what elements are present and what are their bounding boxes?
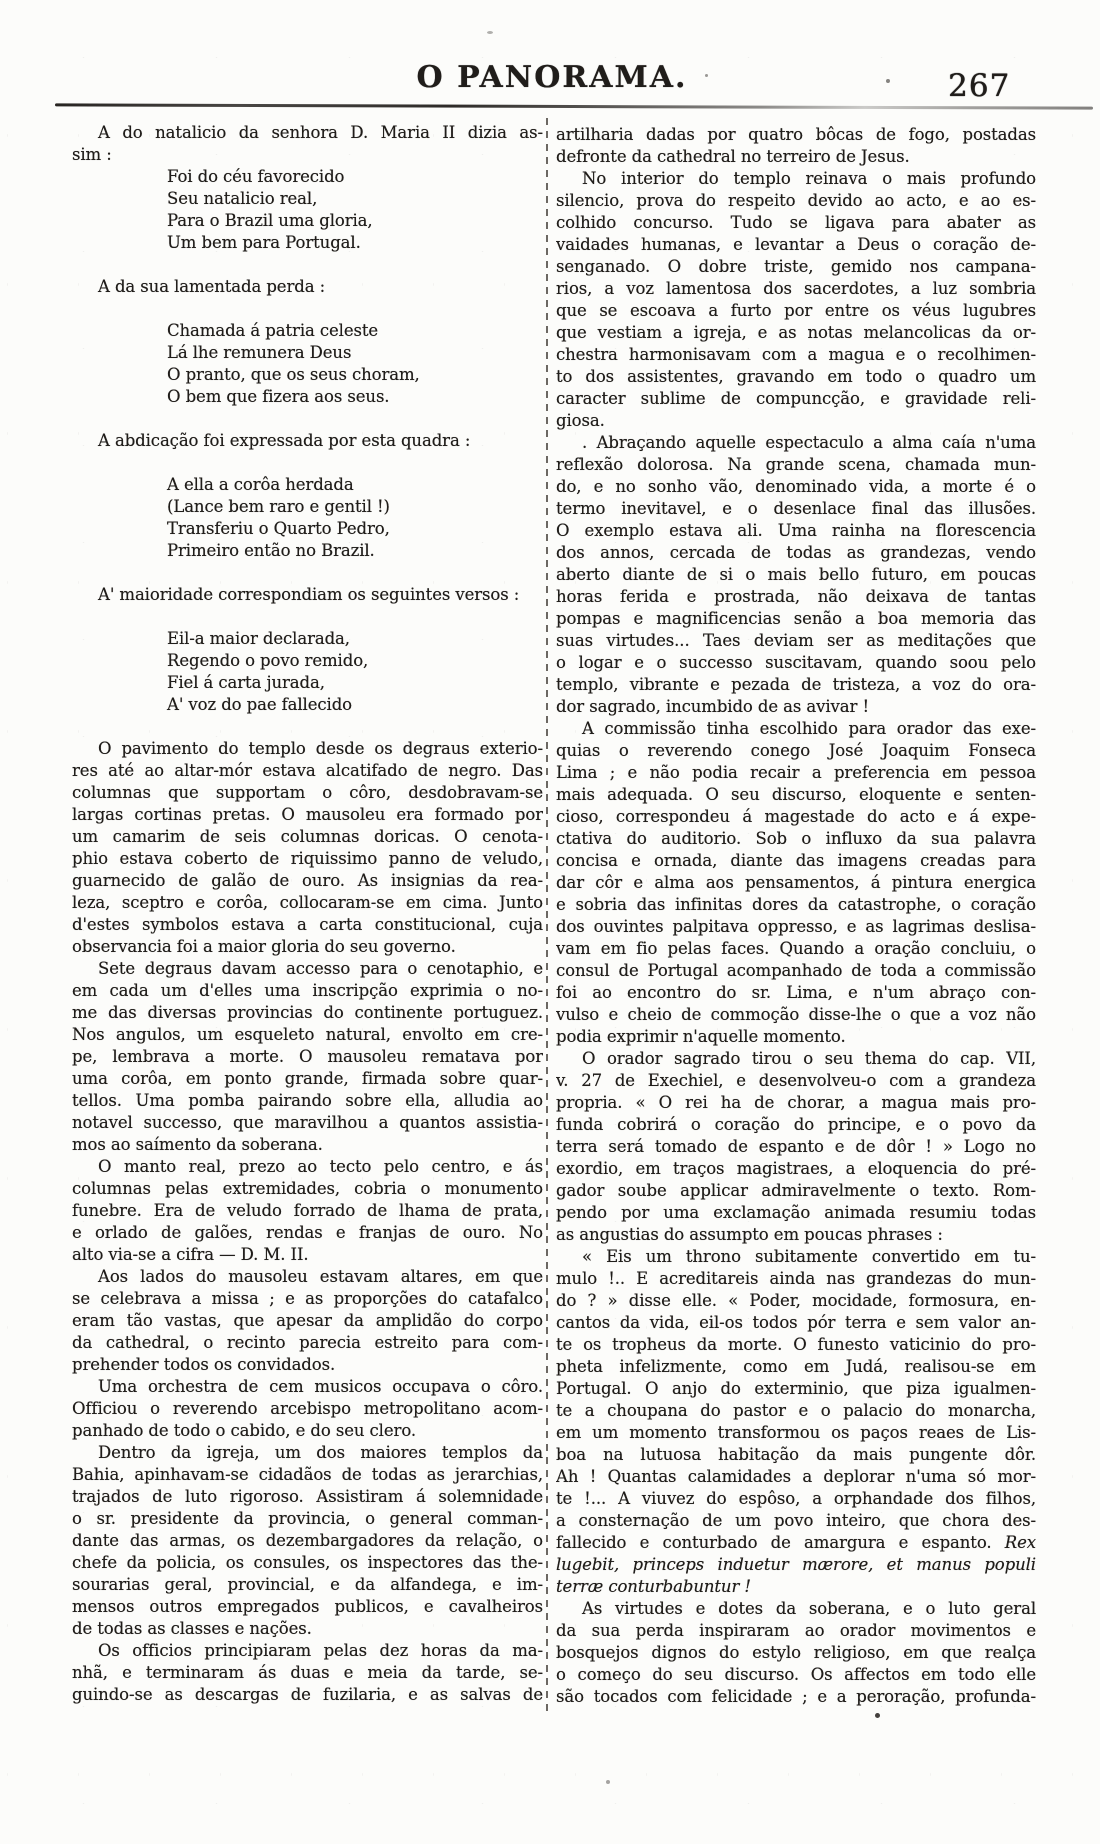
text-line: O pranto, que os seus choram, [72,364,543,386]
text-line: Officiou o reverendo arcebispo metropoli… [72,1398,543,1420]
ink-speck [886,79,890,83]
text-line: mulo !.. E acreditareis ainda nas grande… [556,1268,1036,1290]
verse-stanza: Chamada á patria celesteLá lhe remunera … [72,320,543,408]
text-line: e sobria das infinitas dores da catastro… [556,894,1036,916]
text-line: tellos. Uma pomba pairando sobre ella, a… [72,1090,543,1112]
paragraph: Os officios principiaram pelas dez horas… [72,1640,543,1706]
text-line: No interior do templo reinava o mais pro… [556,168,1036,190]
text-line: giosa. [556,410,1036,432]
page-number: 267 [948,68,1010,104]
paragraph: A abdicação foi expressada por esta quad… [72,430,543,452]
text-line: fallecido e conturbado de amargura e esp… [556,1532,1036,1554]
text-line: A da sua lamentada perda : [72,276,543,298]
header-rule [55,103,1093,112]
text-line: A ella a corôa herdada [72,474,543,496]
text-line: trajados de luto rigoroso. Assistiram á … [72,1486,543,1508]
text-line: mensos outros empregados publicos, e cav… [72,1596,543,1618]
latin-italic-text: terræ conturbabuntur ! [556,1577,751,1596]
text-line: me das diversas provincias do continente… [72,1002,543,1024]
text-line: . Abraçando aquelle espectaculo a alma c… [556,432,1036,454]
text-line: Eil-a maior declarada, [72,628,543,650]
text-line: um camarim de seis columnas doricas. O c… [72,826,543,848]
text-line: columnas que supportam o côro, desdobrav… [72,782,543,804]
text-line: A' voz do pae fallecido [72,694,543,716]
paragraph: A commissão tinha escolhido para orador … [556,718,1036,1048]
text-line: dante das armas, os dezembargadores da r… [72,1530,543,1552]
text-line: da cathedral, o recinto parecia estreito… [72,1332,543,1354]
text-line: Foi do céu favorecido [72,166,543,188]
text-line: dos ouvintes palpitava oppresso, e as la… [556,916,1036,938]
text-line: Nos angulos, um esqueleto natural, envol… [72,1024,543,1046]
text-line: termo inevitavel, e o desenlace final da… [556,498,1036,520]
text-line: Fiel á carta jurada, [72,672,543,694]
text-line: dar côr e alma aos pensamentos, á pintur… [556,872,1036,894]
ink-speck [705,74,708,77]
text-line: reflexão dolorosa. Na grande scena, cham… [556,454,1036,476]
text-line: em cada um d'elles uma inscripção exprim… [72,980,543,1002]
text-line: O pavimento do templo desde os degraus e… [72,738,543,760]
text-line: Lá lhe remunera Deus [72,342,543,364]
text-line: cantos da vida, eil-os todos pór terra e… [556,1312,1036,1334]
text-line: silencio, prova do respeito devido ao ac… [556,190,1036,212]
paragraph: As virtudes e dotes da soberana, e o lut… [556,1598,1036,1708]
text-line: Primeiro então no Brazil. [72,540,543,562]
text-line: que se escoava a furto por entre os véus… [556,300,1036,322]
paragraph: A do natalicio da senhora D. Maria II di… [72,122,543,166]
text-line: sim : [72,144,543,166]
text-line: A do natalicio da senhora D. Maria II di… [72,122,543,144]
text-line: nhã, e terminaram ás duas e meia da tard… [72,1662,543,1684]
paragraph: artilharia dadas por quatro bôcas de fog… [556,124,1036,168]
text-line: Lima ; e não podia recair a preferencia … [556,762,1036,784]
paragraph: . Abraçando aquelle espectaculo a alma c… [556,432,1036,718]
text-line: O orador sagrado tirou o seu thema do ca… [556,1048,1036,1070]
text-line: te a choupana do pastor e o palacio do m… [556,1400,1036,1422]
text-line: chestra harmonisavam com a magua e o rec… [556,344,1036,366]
text-line: quias o reverendo conego José Joaquim Fo… [556,740,1036,762]
text-line: Regendo o povo remido, [72,650,543,672]
ink-speck [606,1780,610,1784]
text-line: O manto real, prezo ao tecto pelo centro… [72,1156,543,1178]
text-line: Bahia, apinhavam-se cidadãos de todas as… [72,1464,543,1486]
text-line: alto via-se a cifra — D. M. II. [72,1244,543,1266]
text-line: lugebit, princeps induetur mærore, et ma… [556,1554,1036,1576]
text-line: leza, sceptro e corôa, collocaram-se em … [72,892,543,914]
text-line: mais adequada. O seu discurso, eloquente… [556,784,1036,806]
text-line: guarnecido de galão de ouro. As insignia… [72,870,543,892]
text-line: exordio, em traços magistraes, a eloquen… [556,1158,1036,1180]
text-line: te os tropheus da morte. O funesto vatic… [556,1334,1036,1356]
header-rule-ink [55,103,1093,109]
text-line: A abdicação foi expressada por esta quad… [72,430,543,452]
text-line: o sr. presidente da provincia, o general… [72,1508,543,1530]
text-line: vam em fio pelas faces. Quando a oração … [556,938,1036,960]
text-line: a consternação de um povo inteiro, que c… [556,1510,1036,1532]
text-line: dos annos, cercada de todas as grandezas… [556,542,1036,564]
text-line: A' maioridade correspondiam os seguintes… [72,584,543,606]
text-line: Transferiu o Quarto Pedro, [72,518,543,540]
text-line: pheta infelizmente, como em Judá, realis… [556,1356,1036,1378]
text-line: Ah ! Quantas calamidades a deplorar n'um… [556,1466,1036,1488]
verse-stanza: A ella a corôa herdada(Lance bem raro e … [72,474,543,562]
text-line: artilharia dadas por quatro bôcas de fog… [556,124,1036,146]
text-line: rios, a voz lamentosa dos sacerdotes, a … [556,278,1036,300]
paragraph: O orador sagrado tirou o seu thema do ca… [556,1048,1036,1246]
text-line: pendo por uma exclamação animada resumiu… [556,1202,1036,1224]
text-line: cioso, correspondeu á magestade do acto … [556,806,1036,828]
text-line: templo, vibrante e pezada de tristeza, a… [556,674,1036,696]
text-line: propria. « O rei ha de chorar, a magua m… [556,1092,1036,1114]
text-line: do ? » disse elle. « Poder, mocidade, fo… [556,1290,1036,1312]
text-line: A commissão tinha escolhido para orador … [556,718,1036,740]
text-line: largas cortinas pretas. O mausoleu era f… [72,804,543,826]
text-line: O exemplo estava ali. Uma rainha na flor… [556,520,1036,542]
text-line: columnas pelas extremidades, cobria o mo… [72,1178,543,1200]
text-line: vaidades humanas, e levantar a Deus o co… [556,234,1036,256]
text-line: e orlado de galões, rendas e franjas de … [72,1222,543,1244]
verse-stanza: Foi do céu favorecidoSeu natalicio real,… [72,166,543,254]
masthead-title: O PANORAMA. [417,60,688,95]
ink-speck [875,1713,880,1718]
text-line: pompas e magnificencias senão a boa memo… [556,608,1036,630]
text-line: mos ao saímento da soberana. [72,1134,543,1156]
text-line: v. 27 de Exechiel, e desenvolveu-o com a… [556,1070,1036,1092]
text-line: phio estava coberto de riquissimo panno … [72,848,543,870]
paragraph: Sete degraus davam accesso para o cenota… [72,958,543,1156]
text-line: senganado. O dobre triste, gemido nos ca… [556,256,1036,278]
text-line: sourarias geral, provincial, e da alfand… [72,1574,543,1596]
verse-stanza: Eil-a maior declarada,Regendo o povo rem… [72,628,543,716]
paragraph: Uma orchestra de cem musicos occupava o … [72,1376,543,1442]
text-line: terræ conturbabuntur ! [556,1576,1036,1598]
text-line: foi ao encontro do sr. Lima, e n'um abra… [556,982,1036,1004]
text-line: Os officios principiaram pelas dez horas… [72,1640,543,1662]
text-line: (Lance bem raro e gentil !) [72,496,543,518]
text-line: uma corôa, em ponto grande, firmada sobr… [72,1068,543,1090]
text-line: panhado de todo o cabido, e do seu clero… [72,1420,543,1442]
text-line: suas virtudes... Taes deviam ser as medi… [556,630,1036,652]
text-line: vulso e cheio de commoção disse-lhe o qu… [556,1004,1036,1026]
text-line: Seu natalicio real, [72,188,543,210]
text-line: Um bem para Portugal. [72,232,543,254]
ink-speck [487,31,493,34]
paragraph: « Eis um throno subitamente convertido e… [556,1246,1036,1598]
text-line: consul de Portugal acompanhado de toda a… [556,960,1036,982]
text-line: são tocados com felicidade ; e a peroraç… [556,1686,1036,1708]
text-line: o começo do seu discurso. Os affectos em… [556,1664,1036,1686]
text-line: boa na lutuosa habitação da mais pungent… [556,1444,1036,1466]
text-line: pe, lembrava a morte. O mausoleu rematav… [72,1046,543,1068]
text-line: de todas as classes e nações. [72,1618,543,1640]
paragraph: No interior do templo reinava o mais pro… [556,168,1036,432]
text-line: funda cobrirá o coração do principe, e o… [556,1114,1036,1136]
text-line: As virtudes e dotes da soberana, e o lut… [556,1598,1036,1620]
text-line: do, e no sonho vão, denominado vida, a m… [556,476,1036,498]
text-line: to dos assistentes, gravando em todo o q… [556,366,1036,388]
text-line: Dentro da igreja, um dos maiores templos… [72,1442,543,1464]
right-column: artilharia dadas por quatro bôcas de fog… [556,124,1036,1708]
text-line: terra será tomado de espanto e de dôr ! … [556,1136,1036,1158]
text-line: notavel successo, que maravilhou a quant… [72,1112,543,1134]
column-divider-rule [546,118,548,1716]
text-line: prehender todos os convidados. [72,1354,543,1376]
text-line: Uma orchestra de cem musicos occupava o … [72,1376,543,1398]
paragraph: A' maioridade correspondiam os seguintes… [72,584,543,606]
text-line: gador soube applicar admiravelmente o te… [556,1180,1036,1202]
text-line: funebre. Era de veludo forrado de lhama … [72,1200,543,1222]
text-line: d'estes symbolos estava a carta constitu… [72,914,543,936]
text-segment: fallecido e conturbado de amargura e esp… [556,1533,1005,1552]
text-line: Para o Brazil uma gloria, [72,210,543,232]
text-line: bosquejos dignos do estylo religioso, em… [556,1642,1036,1664]
text-line: Sete degraus davam accesso para o cenota… [72,958,543,980]
text-line: res até ao altar-mór estava alcatifado d… [72,760,543,782]
text-line: ctativa do auditorio. Sob o influxo da s… [556,828,1036,850]
text-line: O bem que fizera aos seus. [72,386,543,408]
text-line: podia exprimir n'aquelle momento. [556,1026,1036,1048]
text-line: em um momento transformou os paços reaes… [556,1422,1036,1444]
latin-italic-text: lugebit, princeps induetur mærore, et ma… [556,1555,1036,1574]
scanned-page: O PANORAMA. 267 A do natalicio da senhor… [0,0,1100,1844]
text-line: colhido concurso. Tudo se ligava para ab… [556,212,1036,234]
paragraph: A da sua lamentada perda : [72,276,543,298]
text-line: Portugal. O anjo do exterminio, que piza… [556,1378,1036,1400]
text-line: horas ferida e prostrada, não deixava de… [556,586,1036,608]
text-line: concisa e ornada, diante das imagens cre… [556,850,1036,872]
paragraph: Dentro da igreja, um dos maiores templos… [72,1442,543,1640]
latin-italic-text: Rex [1005,1533,1036,1552]
text-line: que vestiam a igreja, e as notas melanco… [556,322,1036,344]
text-line: se celebrava a missa ; e as proporções d… [72,1288,543,1310]
text-line: guindo-se as descargas de fuzilaria, e a… [72,1684,543,1706]
text-line: « Eis um throno subitamente convertido e… [556,1246,1036,1268]
text-line: caracter sublime de compuncção, e gravid… [556,388,1036,410]
text-line: aberto diante de si o mais bello futuro,… [556,564,1036,586]
text-line: eram tão vastas, que apesar da amplidão … [72,1310,543,1332]
text-line: Aos lados do mausoleu estavam altares, e… [72,1266,543,1288]
paragraph: Aos lados do mausoleu estavam altares, e… [72,1266,543,1376]
text-line: chefe da policia, os consules, os inspec… [72,1552,543,1574]
text-line: defronte da cathedral no terreiro de Jes… [556,146,1036,168]
left-column: A do natalicio da senhora D. Maria II di… [72,122,543,1706]
text-line: dor sagrado, incumbido de as avivar ! [556,696,1036,718]
text-line: as angustias do assumpto em poucas phras… [556,1224,1036,1246]
text-line: Chamada á patria celeste [72,320,543,342]
text-line: observancia foi a maior gloria do seu go… [72,936,543,958]
text-line: o logar e o successo suscitavam, quando … [556,652,1036,674]
text-line: da sua perda inspiraram ao orador movime… [556,1620,1036,1642]
paragraph: O manto real, prezo ao tecto pelo centro… [72,1156,543,1266]
text-line: te !... A viuvez do espôso, a orphandade… [556,1488,1036,1510]
paragraph: O pavimento do templo desde os degraus e… [72,738,543,958]
